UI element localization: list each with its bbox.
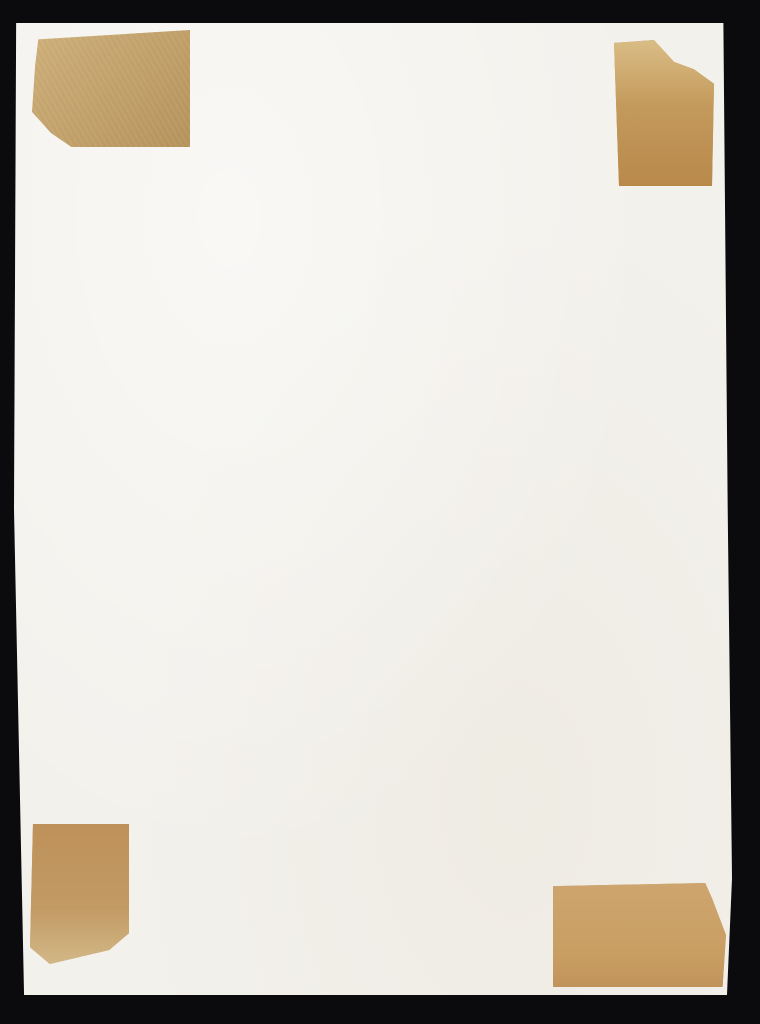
tape-remnant-top-left — [32, 30, 190, 147]
tape-remnant-bottom-right — [553, 883, 726, 987]
tape-remnant-bottom-left — [30, 824, 129, 964]
